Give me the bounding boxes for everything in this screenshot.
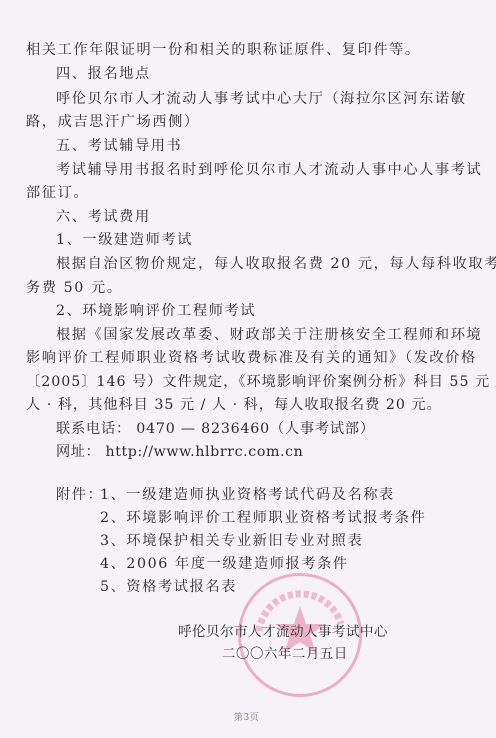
text-line: 根据自治区物价规定，每人收取报名费 20 元，每人每科收取考 — [56, 255, 496, 273]
section-heading-location: 四、报名地点 — [56, 65, 151, 83]
attachment-item: 1、一级建造师执业资格考试代码及名称表 — [100, 486, 395, 504]
contact-phone: 联系电话： 0470 — 8236460（人事考试部） — [56, 420, 375, 438]
signature-date: 二〇〇六年二月五日 — [222, 646, 348, 664]
text-line: 路，成吉思汗广场西侧） — [26, 113, 200, 131]
text-line: 考试辅导用书报名时到呼伦贝尔市人才流动人事中心人事考试 — [56, 161, 482, 179]
website-url[interactable]: 网址： http://www.hlbrrc.com.cn — [56, 443, 303, 461]
section-heading-fees: 六、考试费用 — [56, 208, 151, 226]
attachments-label: 附件： — [56, 486, 103, 504]
attachment-item: 4、2006 年度一级建造师报考条件 — [100, 555, 349, 573]
text-line: 呼伦贝尔市人才流动人事考试中心大厅（海拉尔区河东诺敏 — [56, 90, 466, 108]
text-line: 部征订。 — [26, 184, 89, 202]
subheading-eia-exam: 2、环境影响评价工程师考试 — [56, 302, 256, 320]
attachment-item: 5、资格考试报名表 — [100, 578, 237, 596]
section-heading-books: 五、考试辅导用书 — [56, 137, 182, 155]
text-line: 相关工作年限证明一份和相关的职称证原件、复印件等。 — [26, 41, 421, 59]
page-number: 第3页 — [234, 710, 259, 723]
subheading-constructor-exam: 1、一级建造师考试 — [56, 231, 193, 249]
attachment-item: 3、环境保护相关专业新旧专业对照表 — [100, 532, 363, 550]
text-line: 务费 50 元。 — [26, 279, 123, 297]
signature-organization: 呼伦贝尔市人才流动人事考试中心 — [178, 623, 388, 641]
text-line: 人 · 科，其他科目 35 元 / 人 · 科，每人收取报名费 20 元。 — [26, 396, 442, 414]
text-line: 根据《国家发展改革委、财政部关于注册核安全工程师和环境 — [56, 326, 482, 344]
text-line: 〔2005〕146 号）文件规定，《环境影响评价案例分析》科目 55 元 / — [26, 373, 496, 391]
document-page: 相关工作年限证明一份和相关的职称证原件、复印件等。 四、报名地点 呼伦贝尔市人才… — [0, 0, 496, 738]
attachment-item: 2、环境影响评价工程师职业资格考试报考条件 — [100, 509, 426, 527]
text-line: 影响评价工程师职业资格考试收费标准及有关的通知》（发改价格 — [26, 349, 477, 367]
